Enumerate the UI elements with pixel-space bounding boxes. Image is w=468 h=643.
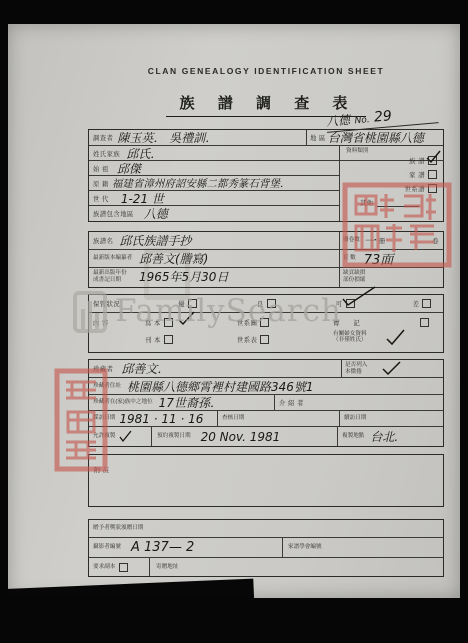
position-value: 17世裔孫． (159, 394, 222, 411)
checkmark-icon (118, 430, 132, 443)
scanned-document: CLAN GENEALOGY IDENTIFICATION SHEET 族 譜 … (0, 0, 468, 643)
checkmark-icon (381, 361, 401, 376)
area-label: 地 區 (310, 133, 326, 142)
series-no-label: No. (354, 115, 370, 126)
compiler-label: 最新版本編纂者 (93, 255, 137, 261)
visit-date-label: 採訪日期 (93, 415, 115, 421)
copy-date-label: 預約複製日期 (157, 433, 191, 439)
volumes-unit-ce: 冊 (379, 236, 386, 245)
origin-label: 原 籍 (93, 179, 109, 188)
volumes-value: 一 (364, 232, 376, 249)
surveyor-label: 調查者 (93, 133, 113, 142)
genealogy-title-value: 邱氏族譜手抄 (119, 232, 191, 249)
series-place: 八德 (326, 113, 351, 129)
compiler-value: 邱善文(謄寫) (139, 250, 208, 267)
volumes-label: 冊卷數 (343, 237, 360, 243)
copy-place-value: 台北. (370, 428, 398, 445)
pages-label: 頁 數 (343, 255, 356, 261)
checkmark-icon (177, 311, 195, 326)
print-checkbox (164, 335, 173, 344)
women-data-label-2: （非僅姓氏） (333, 337, 443, 343)
manuscript-label: 寫 本 (145, 318, 161, 327)
keep-excellent-label: 優 (178, 299, 185, 308)
lineage-chart-checkbox (260, 318, 269, 327)
revisit-date-label: 續訪日期 (344, 415, 366, 421)
keeper-table: 珍藏者 邱善文． 是否列入 本微捲 珍藏者住址 桃園縣八德鄉霄裡村建國路346號… (88, 359, 444, 447)
generations-label: 世 代 (93, 194, 109, 203)
keep-poor-label: 差 (413, 299, 420, 308)
condition-table: 保管狀況 優 良 可 差 內 容 寫 本 刊 本 世系圖 世系表 傳 記 (88, 294, 444, 353)
series-number: 29 (373, 108, 392, 125)
visit-date-value: 1981 · 11 · 16 (119, 412, 203, 426)
keep-excellent-checkbox (188, 299, 197, 308)
position-label: 珍藏者在(家)族中之地位 (93, 399, 153, 405)
keep-poor-checkbox (422, 299, 431, 308)
manuscript-checkbox (164, 318, 173, 327)
category-jiapu-checkbox (428, 170, 437, 179)
copy-date-value: 20 Nov. 1981 (201, 430, 281, 444)
mailing-address-label: 寄贈地址 (156, 564, 178, 570)
genealogy-title-label: 族譜名 (93, 236, 113, 245)
clan-label: 姓氏家族 (93, 149, 120, 158)
lineage-table-label: 世系表 (237, 335, 257, 344)
paper-page: CLAN GENEALOGY IDENTIFICATION SHEET 族 譜 … (8, 24, 460, 598)
photographer-no-value: A 137— 2 (131, 540, 194, 555)
admin-table: 贈予者獎狀頒贈日期 攝影者編號 A 137— 2 家譜學會編號 要求副本 寄贈地… (88, 519, 444, 577)
check-date-label: 查核日期 (222, 415, 244, 421)
microfilm-label: 是否列入 本微捲 (345, 362, 367, 374)
volume-table: 族譜名 邱氏族譜手抄 最新版本編纂者 邱善文(謄寫) 最新出版年份 成書記日期 … (88, 231, 444, 288)
ancestor-label: 始 祖 (93, 164, 109, 173)
category-other-label: 其他 (360, 198, 374, 207)
lineage-table-checkbox (260, 335, 269, 344)
award-date-label: 贈予者獎狀頒贈日期 (93, 525, 143, 531)
print-label: 刊 本 (145, 335, 161, 344)
keep-label: 保管狀況 (93, 299, 120, 308)
notes-table: 附 註 (88, 454, 444, 507)
coverage-label: 族譜包含地區 (93, 209, 134, 218)
survey-table: 調查者 陳玉英． 吳禮訓． 地 區 台灣省桃園縣八德 姓氏家族 邱氏． 始 祖 … (88, 129, 444, 222)
surveyor-value: 陳玉英． 吳禮訓． (117, 129, 217, 146)
keep-fair-label: 可 (336, 299, 343, 308)
category-shixipu-label: 世系譜 (405, 184, 425, 193)
coverage-value: 八德 (144, 205, 168, 222)
pubdate-value: 1965年5月30日 (139, 268, 228, 285)
origin-value: 福建省漳州府詔安縣二都秀篆石背堡． (112, 176, 291, 191)
notes-label: 附 註 (94, 467, 110, 474)
keep-good-checkbox (267, 299, 276, 308)
content-label: 內 容 (93, 318, 145, 327)
society-no-label: 家譜學會編號 (288, 544, 322, 550)
biography-checkbox (420, 318, 429, 327)
generations-value: 1-21 世 (121, 190, 164, 207)
category-zupu-label: 族 譜 (409, 156, 425, 165)
keep-fair-checkbox (346, 299, 355, 308)
english-title: CLAN GENEALOGY IDENTIFICATION SHEET (88, 66, 444, 76)
category-jiapu-label: 家 譜 (409, 170, 425, 179)
address-value: 桃園縣八德鄉霄裡村建國路346號1 (127, 378, 314, 395)
keeper-label: 珍藏者 (93, 364, 113, 373)
copy-request-label: 要求副本 (93, 564, 115, 570)
permit-copy-label: 允許複製 (93, 433, 115, 439)
ancestor-value: 邱傑 (117, 160, 141, 177)
damage-label: 缺頁缺損 部份損壞 (343, 270, 365, 282)
volumes-unit-juan: 卷 (432, 236, 439, 245)
copy-place-label: 複製地點 (342, 433, 364, 439)
area-value: 台灣省桃園縣八德 (328, 129, 424, 146)
copy-request-checkbox (119, 563, 128, 572)
photographer-no-label: 攝影者編號 (93, 544, 121, 550)
lineage-chart-label: 世系圖 (237, 318, 257, 327)
address-label: 珍藏者住址 (93, 383, 127, 389)
biography-label: 傳 記 (333, 318, 360, 327)
category-shixipu-checkbox (428, 184, 437, 193)
pubdate-label: 最新出版年份 成書記日期 (93, 270, 137, 282)
category-title: 資料類別 (346, 148, 437, 154)
pages-value: 73面 (364, 249, 394, 268)
introducer-label: 介 紹 者 (279, 398, 304, 407)
category-other-blank (377, 198, 419, 207)
keep-good-label: 良 (257, 299, 264, 308)
keeper-value: 邱善文． (121, 360, 169, 377)
category-zupu-checkbox (428, 156, 437, 165)
scan-corner-shadow (8, 579, 255, 598)
